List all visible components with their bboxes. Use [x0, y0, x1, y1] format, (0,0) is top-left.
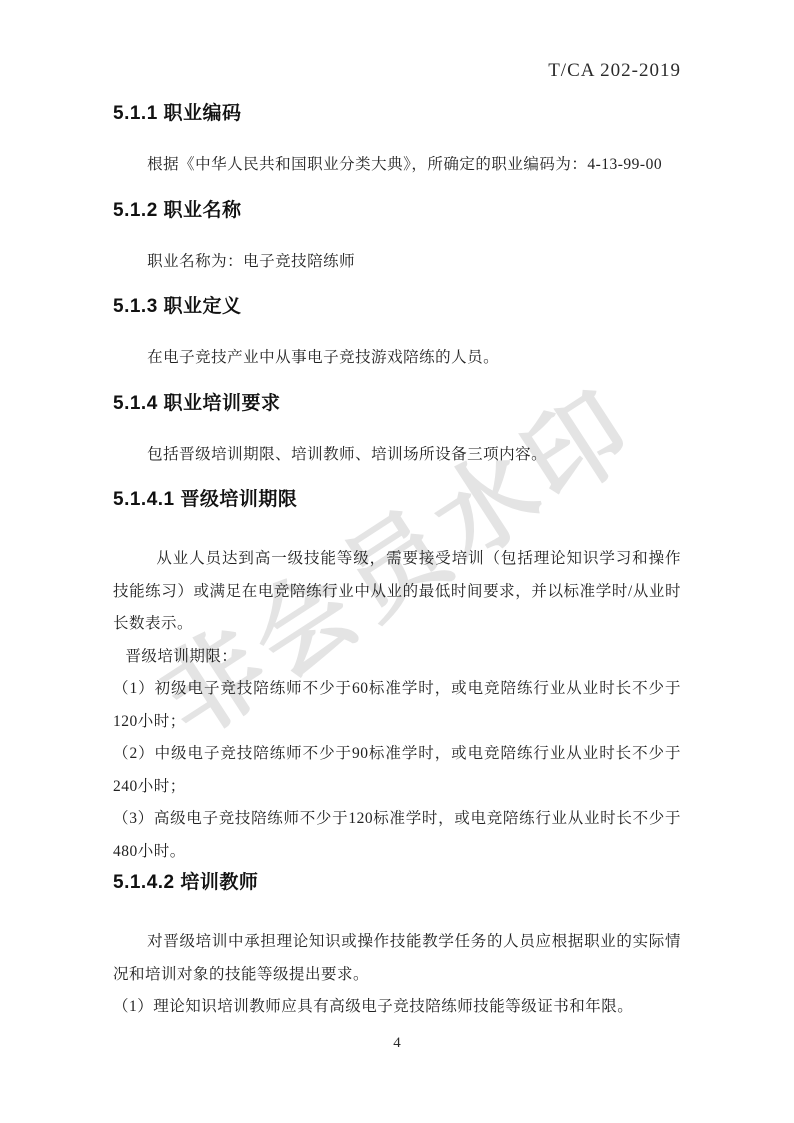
para-training-period-label: 晋级培训期限：: [113, 641, 681, 674]
para-training-period-item-2: （2）中级电子竞技陪练师不少于90标准学时，或电竞陪练行业从业时长不少于240小…: [113, 738, 681, 803]
heading-5-1-4-2-training-teachers: 5.1.4.2 培训教师: [113, 870, 681, 896]
para-occupation-code: 根据《中华人民共和国职业分类大典》，所确定的职业编码为：4-13-99-00: [113, 149, 681, 182]
heading-5-1-1-occupation-code: 5.1.1 职业编码: [113, 101, 681, 127]
heading-5-1-4-training-requirements: 5.1.4 职业培训要求: [113, 391, 681, 417]
para-training-teachers-intro: 对晋级培训中承担理论知识或操作技能教学任务的人员应根据职业的实际情况和培训对象的…: [113, 926, 681, 991]
para-training-period-intro: 从业人员达到高一级技能等级，需要接受培训（包括理论知识学习和操作技能练习）或满足…: [113, 543, 681, 641]
heading-5-1-4-1-training-period: 5.1.4.1 晋级培训期限: [113, 487, 681, 513]
para-occupation-name: 职业名称为：电子竞技陪练师: [113, 246, 681, 279]
page-content: T/CA 202-2019 5.1.1 职业编码 根据《中华人民共和国职业分类大…: [113, 0, 681, 1024]
para-training-period-item-1: （1）初级电子竞技陪练师不少于60标准学时，或电竞陪练行业从业时长不少于120小…: [113, 673, 681, 738]
standard-code-header: T/CA 202-2019: [113, 57, 681, 85]
page-number: 4: [0, 1035, 794, 1052]
para-occupation-definition: 在电子竞技产业中从事电子竞技游戏陪练的人员。: [113, 342, 681, 375]
para-training-teachers-item-1: （1）理论知识培训教师应具有高级电子竞技陪练师技能等级证书和年限。: [113, 991, 681, 1024]
document-page: 非会员水印 T/CA 202-2019 5.1.1 职业编码 根据《中华人民共和…: [0, 0, 794, 1123]
heading-5-1-2-occupation-name: 5.1.2 职业名称: [113, 198, 681, 224]
para-training-period-item-3: （3）高级电子竞技陪练师不少于120标准学时，或电竞陪练行业从业时长不少于480…: [113, 803, 681, 868]
heading-5-1-3-occupation-definition: 5.1.3 职业定义: [113, 294, 681, 320]
para-training-requirements: 包括晋级培训期限、培训教师、培训场所设备三项内容。: [113, 439, 681, 472]
